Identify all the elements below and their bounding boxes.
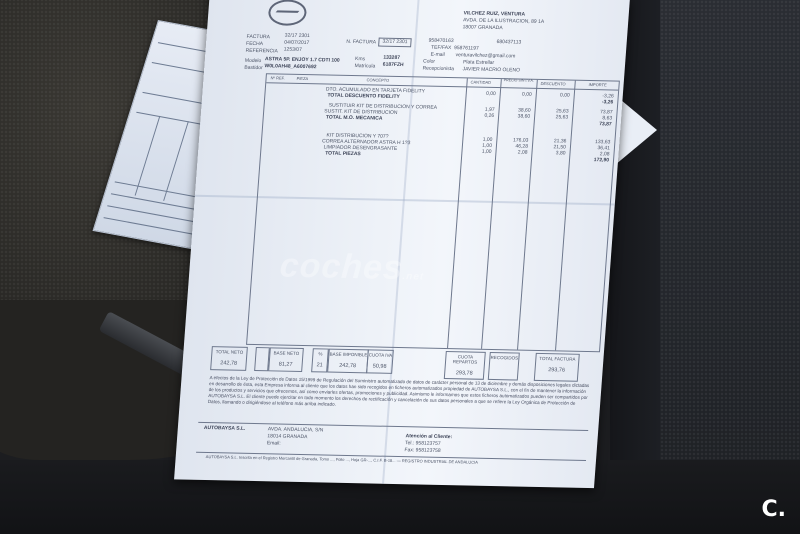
recogidos-box: RECOGIDOS [488,352,520,381]
col-header-importe: IMPORTE [588,83,606,87]
row-cantidad: 0,00 [468,90,496,97]
row-concepto: TOTAL M.O. MECANICA [326,115,383,121]
customer-city: 18007 GRANADA [462,25,502,31]
cuota-iva-value: 50,98 [367,363,391,369]
col-header-ref: Nº REF. [270,76,284,80]
base-neto-box: BASE NETO 81,27 [268,347,304,372]
opel-logo-icon [267,0,307,26]
iva-pct-box: % 21 [311,348,329,372]
factura-value: 32/17 2301 [285,34,310,40]
base-neto-label: BASE NETO [273,350,299,356]
table-rows: DTO. ACUMULADO EN TARJETA FIDELITY0,000,… [267,74,619,81]
invoice-lines-table: Nº REF. PIEZA CONCEPTO CANTIDAD PRECIO S… [246,73,620,352]
customer-phone2: 680437113 [496,40,521,46]
cuota-iva-label: CUOTA IVA [369,352,393,357]
n-factura-value: 32/17 2301 [378,38,412,48]
row-descuento: 3,80 [533,150,565,157]
watermark-text: coches [278,247,404,288]
col-header-cantidad: CANTIDAD [470,80,491,84]
color-value: Plata Estrellar [463,60,494,66]
bastidor-value: W0L0AH48_A6007692 [264,64,316,70]
row-concepto: TOTAL PIEZAS [325,151,361,157]
cuota-iva-box: CUOTA IVA 50,98 [366,349,394,374]
factura-label: FACTURA [246,35,270,40]
recepcionista-value: JAVIER MACRIO OLENO [462,67,520,73]
total-neto-label: TOTAL NETO [216,349,244,355]
total-factura-value: 293,76 [535,367,577,374]
matricula-value: 6187FZH [383,63,404,68]
row-precio: 2,08 [497,149,527,156]
customer-phone1: 958470163 [428,39,453,45]
row-importe: -3,26 [575,99,613,106]
row-cantidad: 1,00 [463,148,491,155]
footer-fax: Fax: 958123758 [404,448,440,454]
footer-contact-heading: Atención al Cliente: [405,434,452,440]
recogidos-label: RECOGIDOS [490,355,518,361]
footer-company: AUTOBAYSA S.L. [204,426,246,432]
base-imponible-label: BASE IMPONIBLE [329,352,367,358]
referencia-value: 1253/07 [284,48,302,53]
footer-tel: Tel.: 958123757 [405,441,441,447]
telefono-label: TEF/FAX [431,46,452,51]
base-imponible-box: BASE IMPONIBLE 242,78 [327,349,369,374]
base-neto-value: 81,27 [269,361,301,368]
color-label: Color [423,59,435,64]
recepcionista-label: Recepcionista [422,66,454,72]
telefono-value: 958761197 [454,46,479,52]
row-precio: 38,60 [500,113,530,120]
modelo-label: Modelo [245,59,262,64]
bastidor-label: Bastidor [244,66,263,71]
row-cantidad: 0,26 [466,112,494,119]
cuota-repartos-label: CUOTA REPARTOS [453,354,478,364]
footer-city: 18014 GRANADA [267,434,307,440]
col-header-pieza: PIEZA [296,77,308,81]
col-header-concepto: CONCEPTO [366,78,389,82]
legal-notice: A efectos de la Ley de Protección de Dat… [208,375,590,413]
footer-web: Email: [267,441,281,446]
fecha-value: 04/07/2017 [284,41,309,47]
coches-net-watermark: coches.net [278,247,426,289]
row-importe: 172,90 [571,157,609,164]
row-concepto: TOTAL DESCUENTO FIDELITY [327,93,400,100]
row-importe: 73,87 [573,121,611,128]
row-precio: 0,00 [502,91,532,98]
invoice-document: FACTURA 32/17 2301 FECHA 04/07/2017 REFE… [174,0,630,488]
iva-pct-value: 21 [312,362,326,368]
car-seat-backrest [660,0,800,534]
cuota-repartos-value: 293,78 [445,370,483,377]
matricula-label: Matrícula [354,64,375,69]
total-factura-box: TOTAL FACTURA 293,76 [534,353,580,382]
km-label: Kms [355,57,365,62]
email-label: E-mail [430,53,445,58]
photo-scene: FACTURA 32/17 2301 FECHA 04/07/2017 REFE… [0,0,800,534]
col-header-descuento: DESCUENTO [540,82,565,87]
cuota-repartos-box: CUOTA REPARTOS 293,78 [444,351,486,380]
row-descuento: 25,63 [536,114,568,121]
km-value: 133287 [383,56,400,61]
fecha-label: FECHA [246,42,263,47]
total-factura-label: TOTAL FACTURA [539,356,576,362]
referencia-label: REFERENCIA [245,49,278,55]
col-header-precio: PRECIO SIN I.V.A. [503,79,535,83]
total-neto-box: TOTAL NETO 242,78 [210,346,248,371]
base-imponible-value: 242,78 [328,363,366,370]
watermark-suffix: .net [402,271,425,282]
row-descuento: 0,00 [538,92,570,99]
iva-pct-label: % [318,351,322,356]
total-neto-value: 242,78 [211,360,245,367]
n-factura-label: N. FACTURA [346,40,376,46]
corner-brand-mark: C. [761,497,786,522]
